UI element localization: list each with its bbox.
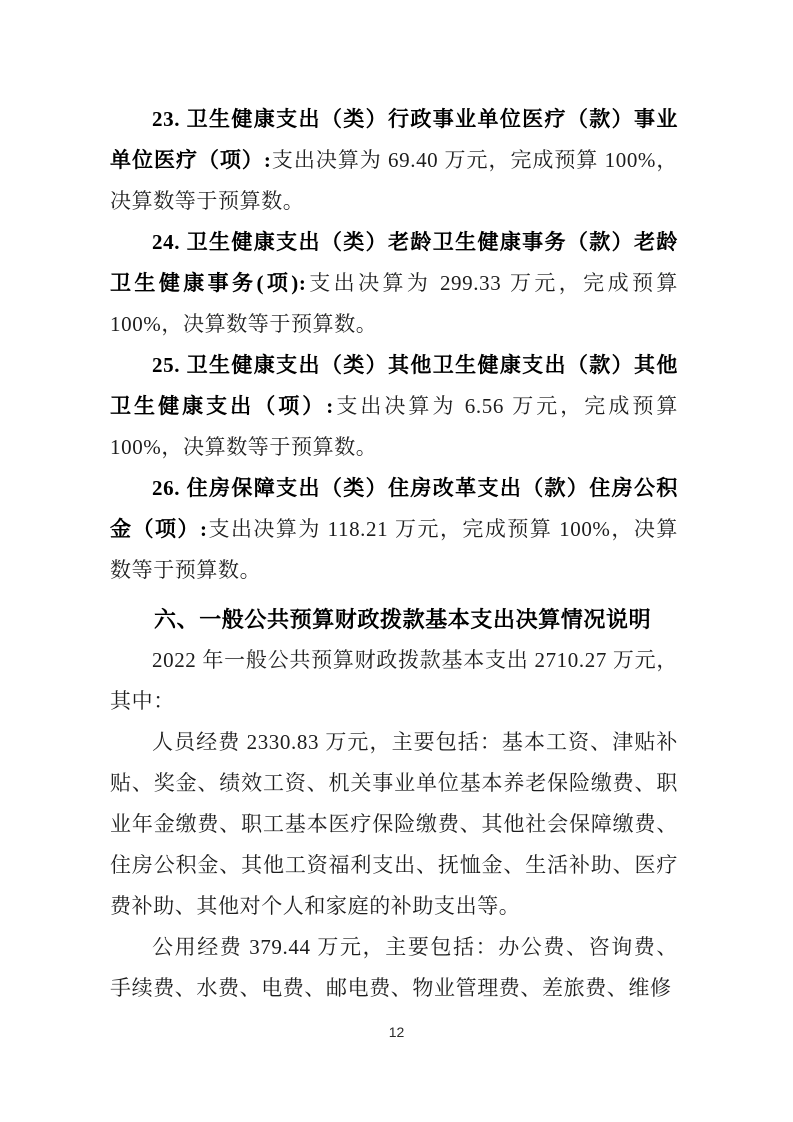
page-number: 12 — [0, 1023, 793, 1041]
paragraph-total-expenditure: 2022 年一般公共预算财政拨款基本支出 2710.27 万元，其中： — [110, 640, 678, 722]
document-page: 23. 卫生健康支出（类）行政事业单位医疗（款）事业单位医疗（项）:支出决算为 … — [0, 0, 793, 1122]
budget-item-25: 25. 卫生健康支出（类）其他卫生健康支出（款）其他卫生健康支出（项）:支出决算… — [110, 345, 678, 468]
document-content: 23. 卫生健康支出（类）行政事业单位医疗（款）事业单位医疗（项）:支出决算为 … — [110, 99, 678, 1009]
budget-item-23: 23. 卫生健康支出（类）行政事业单位医疗（款）事业单位医疗（项）:支出决算为 … — [110, 99, 678, 222]
section-heading: 六、一般公共预算财政拨款基本支出决算情况说明 — [110, 599, 678, 640]
budget-item-24: 24. 卫生健康支出（类）老龄卫生健康事务（款）老龄卫生健康事务(项):支出决算… — [110, 222, 678, 345]
budget-item-26: 26. 住房保障支出（类）住房改革支出（款）住房公积金（项）:支出决算为 118… — [110, 468, 678, 591]
paragraph-public-funds: 公用经费 379.44 万元，主要包括：办公费、咨询费、手续费、水费、电费、邮电… — [110, 927, 678, 1009]
paragraph-personnel-funds: 人员经费 2330.83 万元，主要包括：基本工资、津贴补贴、奖金、绩效工资、机… — [110, 722, 678, 927]
